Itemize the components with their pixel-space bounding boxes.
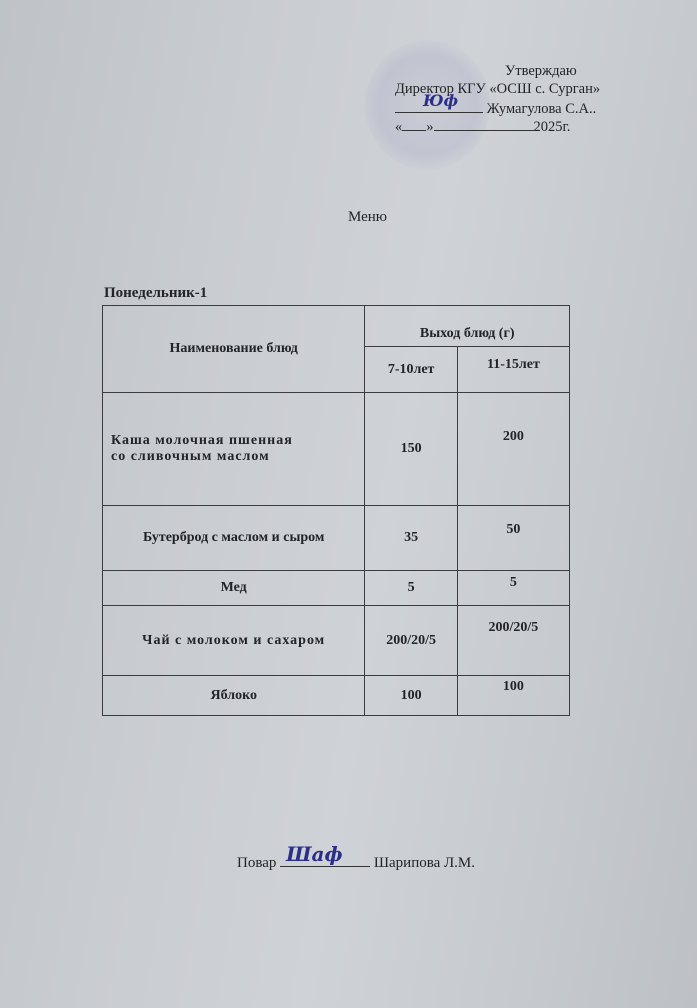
dish-name-line1: Каша молочная пшенная bbox=[111, 433, 360, 449]
dish-name: Яблоко bbox=[103, 676, 365, 716]
page-title: Меню bbox=[0, 209, 697, 226]
dish-name: Чай с молоком и сахаром bbox=[103, 606, 365, 676]
table-header-row: Наименование блюд Выход блюд (г) bbox=[103, 306, 570, 347]
cook-signature-line: Шаф bbox=[280, 852, 370, 867]
portion-7-10: 5 bbox=[365, 571, 457, 606]
portion-7-10: 150 bbox=[365, 393, 457, 506]
portion-11-15: 100 bbox=[457, 676, 569, 716]
approver-name: Жумагулова С.А.. bbox=[487, 101, 597, 117]
date-quote-open: « bbox=[395, 119, 402, 135]
date-month-blank bbox=[434, 118, 534, 131]
header-dish-name: Наименование блюд bbox=[103, 306, 365, 393]
date-quote-close: » bbox=[426, 119, 433, 135]
portion-11-15: 5 bbox=[457, 571, 569, 606]
portion-11-15: 50 bbox=[457, 506, 569, 571]
dish-name-line2: со сливочным маслом bbox=[111, 449, 360, 465]
table-row: Яблоко 100 100 bbox=[103, 676, 570, 716]
date-day-blank bbox=[402, 118, 426, 131]
portion-7-10: 100 bbox=[365, 676, 457, 716]
dish-name: Бутерброд с маслом и сыром bbox=[103, 506, 365, 571]
dish-name: Мед bbox=[103, 571, 365, 606]
portion-7-10: 35 bbox=[365, 506, 457, 571]
dish-name: Каша молочная пшенная со сливочным масло… bbox=[103, 393, 365, 506]
cook-signature: Шаф bbox=[286, 842, 342, 866]
day-heading: Понедельник-1 bbox=[104, 285, 207, 302]
date-year: 2025г. bbox=[534, 119, 571, 135]
cook-name: Шарипова Л.М. bbox=[374, 855, 475, 871]
menu-table: Наименование блюд Выход блюд (г) 7-10лет… bbox=[102, 305, 570, 716]
portion-7-10: 200/20/5 bbox=[365, 606, 457, 676]
table-row: Каша молочная пшенная со сливочным масло… bbox=[103, 393, 570, 506]
cook-signature-block: Повар Шаф Шарипова Л.М. bbox=[237, 852, 475, 872]
approver-signature-line: Юф bbox=[395, 98, 483, 113]
approve-label: Утверждаю bbox=[395, 62, 675, 80]
table-row: Бутерброд с маслом и сыром 35 50 bbox=[103, 506, 570, 571]
header-age-11-15: 11-15лет bbox=[457, 347, 569, 393]
cook-label: Повар bbox=[237, 855, 276, 871]
approval-block: Утверждаю Директор КГУ «ОСШ с. Сурган» Ю… bbox=[395, 62, 675, 136]
document-page: Утверждаю Директор КГУ «ОСШ с. Сурган» Ю… bbox=[0, 0, 697, 1008]
header-output: Выход блюд (г) bbox=[365, 306, 570, 347]
table-row: Чай с молоком и сахаром 200/20/5 200/20/… bbox=[103, 606, 570, 676]
portion-11-15: 200/20/5 bbox=[457, 606, 569, 676]
table-row: Мед 5 5 bbox=[103, 571, 570, 606]
header-age-7-10: 7-10лет bbox=[365, 347, 457, 393]
approver-signature: Юф bbox=[423, 92, 458, 110]
portion-11-15: 200 bbox=[457, 393, 569, 506]
